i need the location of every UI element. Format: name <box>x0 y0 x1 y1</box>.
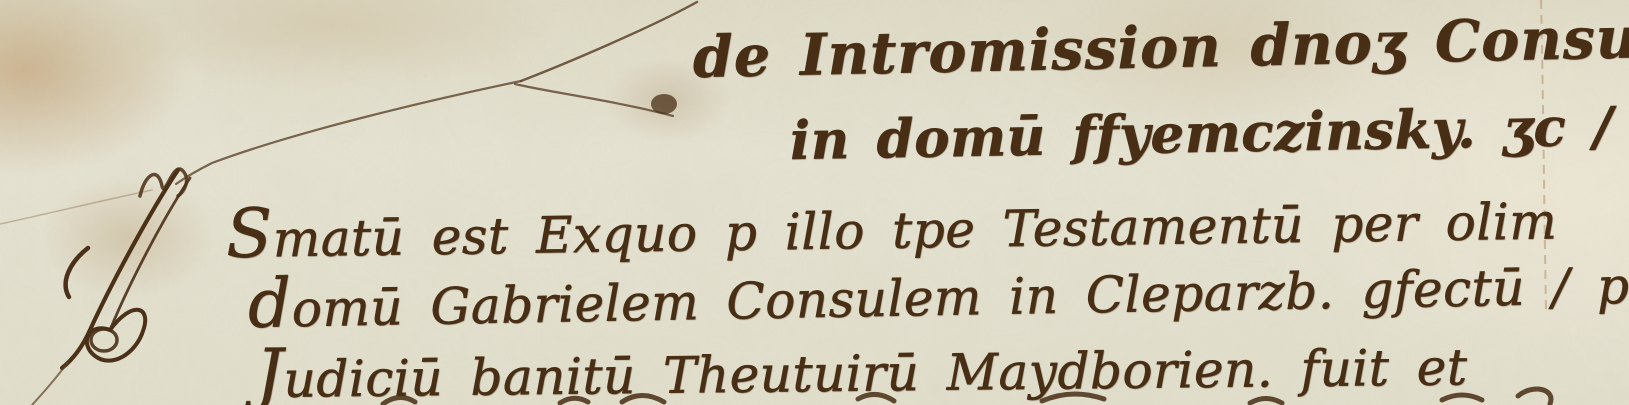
margin-flourish-eye <box>91 329 117 351</box>
thin-stroke-branch <box>515 84 673 116</box>
margin-squiggle <box>140 169 187 196</box>
thin-stroke-fade-left <box>0 190 152 224</box>
thin-stroke-left <box>176 81 521 184</box>
ink-blot <box>651 94 677 114</box>
entry-body-line-3: Judiciū banitū Theutuirū Maydborien. fui… <box>256 321 1468 405</box>
thin-stroke-upper <box>521 2 697 81</box>
margin-flourish-tail <box>32 362 68 405</box>
entry-heading-line-1: de Intromission dnoʒ Consulū <box>692 3 1629 91</box>
entry-heading-line-2: in domū ffyemczinsky. ʒc / <box>789 96 1613 172</box>
margin-flourish-loop <box>87 310 145 361</box>
margin-flourish-hook <box>66 248 88 297</box>
manuscript-page: de Intromission dnoʒ Consulū in domū ffy… <box>0 0 1629 405</box>
margin-flourish-double <box>110 178 190 330</box>
margin-flourish-main <box>62 170 178 368</box>
